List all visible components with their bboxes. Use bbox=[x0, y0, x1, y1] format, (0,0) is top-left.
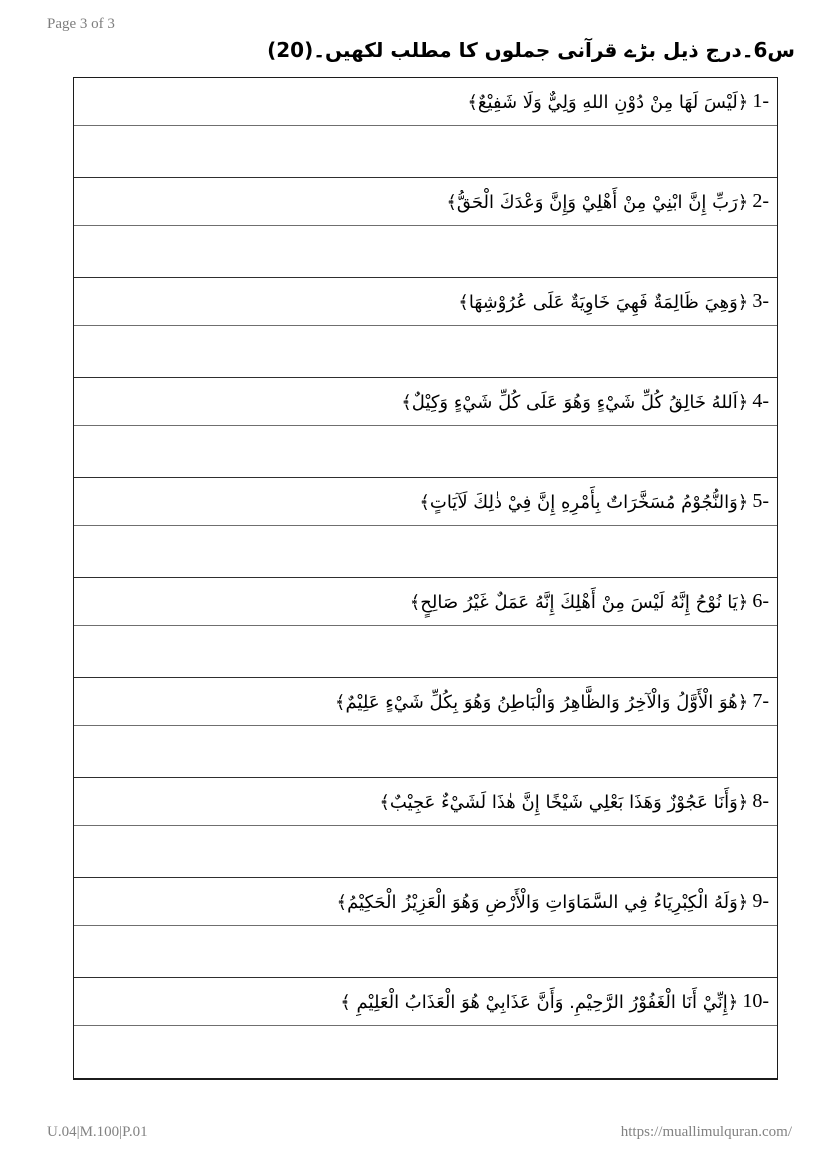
question-number: 1- bbox=[752, 90, 769, 113]
answer-box bbox=[74, 426, 777, 478]
question-number: 2- bbox=[752, 190, 769, 213]
verse-row: 4-﴿اَللهُ خَالِقُ كُلِّ شَيْءٍ وَهُوَ عَ… bbox=[74, 378, 777, 426]
answer-box bbox=[74, 226, 777, 278]
question-number: 7- bbox=[752, 690, 769, 713]
answer-box bbox=[74, 526, 777, 578]
question-number: 5- bbox=[752, 490, 769, 513]
verse-row: 7-﴿هُوَ الْأَوَّلُ وَالْآخِرُ وَالظَّاهِ… bbox=[74, 678, 777, 726]
verse-text: ﴿لَيْسَ لَهَا مِنْ دُوْنِ اللهِ وَلِيٌّ … bbox=[467, 92, 748, 112]
verse-text: ﴿هُوَ الْأَوَّلُ وَالْآخِرُ وَالظَّاهِرُ… bbox=[335, 692, 748, 712]
answer-box bbox=[74, 826, 777, 878]
footer-website-url[interactable]: https://muallimulquran.com/ bbox=[621, 1124, 792, 1141]
verse-text: ﴿يَا نُوْحُ إِنَّهُ لَيْسَ مِنْ أَهْلِكَ… bbox=[410, 592, 749, 612]
question-header: س6۔درج ذیل بڑے قرآنی جملوں کا مطلب لکھیں… bbox=[267, 38, 795, 62]
verse-row: 1-﴿لَيْسَ لَهَا مِنْ دُوْنِ اللهِ وَلِيٌ… bbox=[74, 78, 777, 126]
verse-text: ﴿اَللهُ خَالِقُ كُلِّ شَيْءٍ وَهُوَ عَلَ… bbox=[401, 392, 748, 412]
verse-row: 2-﴿رَبِّ إِنَّ ابْنِيْ مِنْ أَهْلِيْ وَإ… bbox=[74, 178, 777, 226]
verse-text: ﴿رَبِّ إِنَّ ابْنِيْ مِنْ أَهْلِيْ وَإِن… bbox=[446, 192, 748, 212]
verse-row: 6-﴿يَا نُوْحُ إِنَّهُ لَيْسَ مِنْ أَهْلِ… bbox=[74, 578, 777, 626]
worksheet-page: Page 3 of 3 س6۔درج ذیل بڑے قرآنی جملوں ک… bbox=[0, 0, 828, 1170]
answer-box bbox=[74, 1026, 777, 1078]
answer-box bbox=[74, 626, 777, 678]
answer-box bbox=[74, 326, 777, 378]
question-number: 4- bbox=[752, 390, 769, 413]
footer-document-code: U.04|M.100|P.01 bbox=[47, 1124, 148, 1141]
verse-text: ﴿وَأَنَا عَجُوْزٌ وَهَذَا بَعْلِي شَيْخً… bbox=[379, 792, 748, 812]
answer-box bbox=[74, 126, 777, 178]
question-number: 9- bbox=[752, 890, 769, 913]
answer-box bbox=[74, 726, 777, 778]
verse-text: ﴿وَلَهُ الْكِبْرِيَاءُ فِي السَّمَاوَاتِ… bbox=[337, 892, 749, 912]
verse-row: 8-﴿وَأَنَا عَجُوْزٌ وَهَذَا بَعْلِي شَيْ… bbox=[74, 778, 777, 826]
verse-row: 10-﴿إِنِّيْ أَنَا الْغَفُوْرُ الرَّحِيْم… bbox=[74, 978, 777, 1026]
page-indicator: Page 3 of 3 bbox=[47, 16, 115, 33]
verse-text: ﴿إِنِّيْ أَنَا الْغَفُوْرُ الرَّحِيْمِ. … bbox=[340, 992, 738, 1012]
question-number: 6- bbox=[752, 590, 769, 613]
question-number: 3- bbox=[752, 290, 769, 313]
answer-box bbox=[74, 926, 777, 978]
verse-row: 9-﴿وَلَهُ الْكِبْرِيَاءُ فِي السَّمَاوَا… bbox=[74, 878, 777, 926]
question-number: 10- bbox=[742, 990, 769, 1013]
questions-table: 1-﴿لَيْسَ لَهَا مِنْ دُوْنِ اللهِ وَلِيٌ… bbox=[73, 77, 778, 1080]
verse-text: ﴿وَالنُّجُوْمُ مُسَخَّرَاتٌ بِأَمْرِهِ إ… bbox=[419, 492, 748, 512]
question-number: 8- bbox=[752, 790, 769, 813]
verse-row: 5-﴿وَالنُّجُوْمُ مُسَخَّرَاتٌ بِأَمْرِهِ… bbox=[74, 478, 777, 526]
verse-row: 3-﴿وَهِيَ ظَالِمَةٌ فَهِيَ خَاوِيَةٌ عَل… bbox=[74, 278, 777, 326]
verse-text: ﴿وَهِيَ ظَالِمَةٌ فَهِيَ خَاوِيَةٌ عَلَى… bbox=[458, 292, 748, 312]
